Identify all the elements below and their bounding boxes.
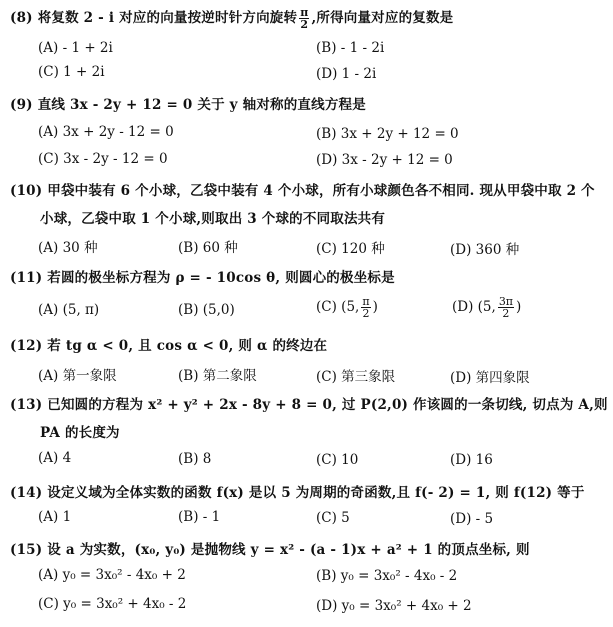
- option-text: 第二象限: [203, 368, 257, 384]
- option-c: (C) 120 种: [316, 237, 385, 257]
- stem-text: 已知圆的方程为 x² + y² + 2x - 8y + 8 = 0, 过 P(2…: [47, 397, 607, 413]
- question-number: (13): [10, 397, 42, 413]
- option-d: (D) 3x - 2y + 12 = 0: [316, 152, 453, 168]
- option-label: (C): [316, 241, 337, 257]
- option-text: 8: [203, 451, 212, 467]
- option-text: 10: [341, 452, 358, 468]
- option-text: 4: [63, 450, 72, 466]
- option-d: (D) (5,3π2): [452, 296, 521, 319]
- option-b: (B) 60 种: [178, 236, 238, 256]
- option-a: (A) (5, π): [38, 302, 99, 318]
- option-text: ): [373, 299, 378, 315]
- option-a: (A) y₀ = 3x₀² - 4x₀ + 2: [38, 567, 186, 583]
- stem-text: 直线 3x - 2y + 12 = 0 关于 y 轴对称的直线方程是: [38, 97, 366, 113]
- option-b: (B) - 1: [178, 509, 220, 525]
- option-d: (D) 360 种: [450, 238, 519, 258]
- option-label: (B): [316, 40, 336, 56]
- question-number: (8): [10, 10, 33, 26]
- option-b: (B) (5,0): [178, 302, 235, 318]
- question-15-stem: (15) 设 a 为实数，(x₀, y₀) 是抛物线 y = x² - (a -…: [10, 538, 530, 558]
- option-label: (C): [316, 369, 337, 385]
- question-number: (12): [10, 338, 42, 354]
- option-b: (B) 3x + 2y + 12 = 0: [316, 126, 459, 142]
- fraction-denominator: 2: [361, 308, 370, 319]
- option-label: (A): [38, 509, 58, 525]
- option-text: (5,0): [203, 302, 235, 318]
- question-9-stem: (9) 直线 3x - 2y + 12 = 0 关于 y 轴对称的直线方程是: [10, 93, 366, 113]
- question-13-stem-continued: PA 的长度为: [40, 421, 120, 441]
- option-text: 16: [476, 452, 493, 468]
- option-b: (B) y₀ = 3x₀² - 4x₀ - 2: [316, 568, 457, 584]
- question-number: (14): [10, 485, 42, 501]
- option-label: (A): [38, 567, 58, 583]
- fraction: π2: [361, 296, 370, 319]
- question-10-stem: (10) 甲袋中装有 6 个小球，乙袋中装有 4 个小球，所有小球颜色各不相同.…: [10, 179, 595, 199]
- question-14-stem: (14) 设定义域为全体实数的函数 f(x) 是以 5 为周期的奇函数,且 f(…: [10, 481, 585, 501]
- option-d: (D) 16: [450, 452, 493, 468]
- option-text: 第三象限: [341, 369, 395, 385]
- question-number: (10): [10, 183, 42, 199]
- option-text: 3x + 2y - 12 = 0: [63, 124, 174, 140]
- option-label: (C): [316, 299, 337, 315]
- option-text: ): [516, 299, 521, 315]
- option-c: (C) 5: [316, 510, 350, 526]
- option-text: - 1 + 2i: [63, 40, 113, 56]
- option-label: (D): [450, 511, 471, 527]
- question-10-stem-continued: 小球，乙袋中取 1 个小球,则取出 3 个球的不同取法共有: [40, 207, 385, 227]
- option-b: (B) 第二象限: [178, 364, 257, 384]
- option-text: 1 + 2i: [63, 64, 104, 80]
- option-label: (A): [38, 302, 58, 318]
- stem-text: 设 a 为实数，(x₀, y₀) 是抛物线 y = x² - (a - 1)x …: [47, 542, 529, 558]
- option-label: (B): [178, 302, 198, 318]
- option-label: (C): [38, 64, 59, 80]
- option-label: (C): [38, 596, 59, 612]
- option-label: (A): [38, 124, 58, 140]
- option-d: (D) y₀ = 3x₀² + 4x₀ + 2: [316, 598, 472, 614]
- question-number: (9): [10, 97, 33, 113]
- option-text: - 5: [476, 511, 493, 527]
- fraction-denominator: 2: [299, 19, 309, 30]
- option-text: 360 种: [476, 242, 520, 258]
- option-c: (C) 3x - 2y - 12 = 0: [38, 151, 168, 167]
- option-text: y₀ = 3x₀² + 4x₀ - 2: [63, 596, 186, 612]
- option-a: (A) 1: [38, 509, 71, 525]
- option-label: (D): [452, 299, 473, 315]
- stem-text: 甲袋中装有 6 个小球，乙袋中装有 4 个小球，所有小球颜色各不相同. 现从甲袋…: [47, 183, 594, 199]
- option-a: (A) 3x + 2y - 12 = 0: [38, 124, 174, 140]
- option-label: (B): [316, 126, 336, 142]
- option-label: (C): [38, 151, 59, 167]
- option-b: (B) 8: [178, 451, 211, 467]
- option-text: y₀ = 3x₀² - 4x₀ - 2: [341, 568, 457, 584]
- fraction: π2: [299, 7, 309, 30]
- option-text: (5,: [478, 299, 496, 315]
- option-text: 第四象限: [476, 370, 530, 386]
- option-text: (5,: [341, 299, 359, 315]
- option-label: (B): [178, 240, 198, 256]
- option-c: (C) (5,π2): [316, 296, 378, 319]
- option-text: - 1: [203, 509, 220, 525]
- stem-text: 若 tg α < 0, 且 cos α < 0, 则 α 的终边在: [47, 338, 327, 354]
- option-text: 1: [63, 509, 72, 525]
- option-label: (B): [178, 509, 198, 525]
- option-d: (D) 第四象限: [450, 366, 530, 386]
- option-label: (A): [38, 368, 58, 384]
- option-text: 120 种: [341, 241, 385, 257]
- option-d: (D) 1 - 2i: [316, 66, 376, 82]
- question-11-stem: (11) 若圆的极坐标方程为 ρ = - 10cos θ, 则圆心的极坐标是: [10, 266, 395, 286]
- fraction-denominator: 2: [498, 308, 514, 319]
- option-a: (A) 第一象限: [38, 364, 117, 384]
- option-d: (D) - 5: [450, 511, 493, 527]
- question-number: (11): [10, 270, 42, 286]
- option-c: (C) 10: [316, 452, 358, 468]
- option-label: (A): [38, 450, 58, 466]
- option-c: (C) 1 + 2i: [38, 64, 105, 80]
- option-text: (5, π): [63, 302, 100, 318]
- option-text: 5: [341, 510, 350, 526]
- question-number: (15): [10, 542, 42, 558]
- option-a: (A) 4: [38, 450, 71, 466]
- option-label: (D): [316, 152, 337, 168]
- question-12-stem: (12) 若 tg α < 0, 且 cos α < 0, 则 α 的终边在: [10, 334, 327, 354]
- stem-text: 小球，乙袋中取 1 个小球,则取出 3 个球的不同取法共有: [40, 211, 385, 227]
- stem-text: ,所得向量对应的复数是: [311, 10, 453, 26]
- option-text: 3x - 2y - 12 = 0: [63, 151, 167, 167]
- option-text: 1 - 2i: [342, 66, 377, 82]
- option-text: y₀ = 3x₀² + 4x₀ + 2: [342, 598, 472, 614]
- option-label: (D): [316, 598, 337, 614]
- question-8-stem: (8) 将复数 2 - i 对应的向量按逆时针方向旋转π2,所得向量对应的复数是: [10, 6, 453, 30]
- option-text: 3x + 2y + 12 = 0: [341, 126, 459, 142]
- option-label: (D): [450, 452, 471, 468]
- option-text: 3x - 2y + 12 = 0: [342, 152, 453, 168]
- stem-text: 若圆的极坐标方程为 ρ = - 10cos θ, 则圆心的极坐标是: [47, 270, 395, 286]
- option-c: (C) y₀ = 3x₀² + 4x₀ - 2: [38, 596, 186, 612]
- option-text: - 1 - 2i: [341, 40, 385, 56]
- option-c: (C) 第三象限: [316, 365, 395, 385]
- option-text: 30 种: [63, 240, 98, 256]
- option-a: (A) 30 种: [38, 236, 98, 256]
- option-label: (D): [450, 370, 471, 386]
- stem-text: PA 的长度为: [40, 425, 120, 441]
- exam-page: (8) 将复数 2 - i 对应的向量按逆时针方向旋转π2,所得向量对应的复数是…: [0, 0, 613, 627]
- option-label: (D): [450, 242, 471, 258]
- option-label: (C): [316, 510, 337, 526]
- option-text: 60 种: [203, 240, 238, 256]
- option-text: 第一象限: [63, 368, 117, 384]
- option-label: (B): [316, 568, 336, 584]
- stem-text: 设定义域为全体实数的函数 f(x) 是以 5 为周期的奇函数,且 f(- 2) …: [47, 485, 584, 501]
- option-label: (C): [316, 452, 337, 468]
- fraction: 3π2: [498, 296, 514, 319]
- stem-text: 将复数 2 - i 对应的向量按逆时针方向旋转: [38, 10, 298, 26]
- option-label: (D): [316, 66, 337, 82]
- option-a: (A) - 1 + 2i: [38, 40, 113, 56]
- option-label: (B): [178, 368, 198, 384]
- option-label: (A): [38, 40, 58, 56]
- question-13-stem: (13) 已知圆的方程为 x² + y² + 2x - 8y + 8 = 0, …: [10, 393, 608, 413]
- option-text: y₀ = 3x₀² - 4x₀ + 2: [63, 567, 186, 583]
- option-b: (B) - 1 - 2i: [316, 40, 384, 56]
- option-label: (A): [38, 240, 58, 256]
- option-label: (B): [178, 451, 198, 467]
